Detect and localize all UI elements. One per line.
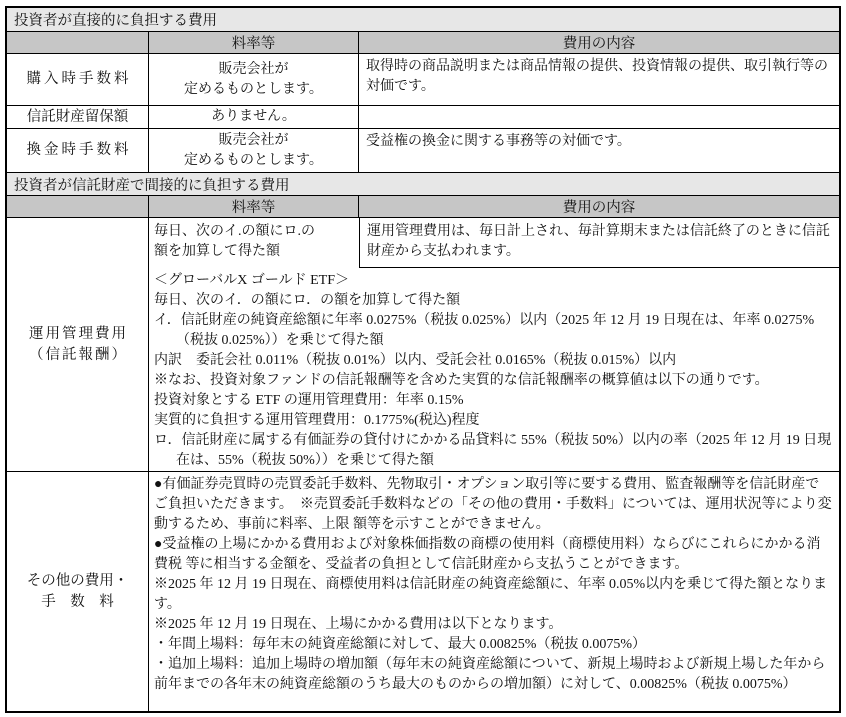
rate-line: 毎日、次のイ.の額にロ.の: [154, 222, 355, 242]
rate-line: 額を加算して得た額: [154, 242, 355, 262]
detail-line: ●受益権の上場にかかる費用および対象株価指数の商標の使用料（商標使用料）ならびに…: [154, 535, 832, 575]
rate-line: 定めるものとします。: [184, 151, 323, 171]
detail-line: ※2025 年 12 月 19 日現在、商標使用料は信託財産の純資産総額に、年率…: [154, 575, 832, 615]
other-fees-details: ●有価証券売買時の売買委託手数料、先物取引・オプション取引等に要する費用、監査報…: [149, 472, 839, 711]
section2-title-band: 投資者が信託財産で間接的に負担する費用: [7, 173, 839, 196]
detail-line: ＜グローバルX ゴールド ETF＞: [154, 271, 832, 291]
rate-line: 定めるものとします。: [184, 80, 323, 100]
detail-line: ※なお、投資対象ファンドの信託報酬等を含めた実質的な信託報酬率の概算値は以下の通…: [154, 371, 832, 391]
management-fee-rate-cell: 毎日、次のイ.の額にロ.の 額を加算して得た額: [149, 218, 359, 268]
rate-line: 販売会社が: [219, 60, 289, 80]
detail-line: ロ．信託財産に属する有価証券の貸付けにかかる品貸料に 55%（税抜 50%）以内…: [154, 431, 832, 471]
redemption-fee-desc-cell: 受益権の換金に関する事務等の対価です。: [359, 129, 839, 172]
retention-amount-row: 信託財産留保額 ありません。: [7, 106, 839, 129]
management-fee-content: 毎日、次のイ.の額にロ.の 額を加算して得た額 運用管理費用は、毎日計上され、毎…: [149, 218, 839, 471]
rate-line: 販売会社が: [219, 131, 289, 151]
retention-amount-rate-cell: ありません。: [149, 106, 359, 128]
retention-amount-label: 信託財産留保額: [7, 106, 149, 128]
management-fee-label: 運用管理費用 （信託報酬）: [7, 218, 149, 471]
section1-title: 投資者が直接的に負担する費用: [14, 9, 217, 30]
purchase-fee-rate-cell: 販売会社が 定めるものとします。: [149, 54, 359, 105]
purchase-fee-desc-cell: 取得時の商品説明または商品情報の提供、投資情報の提供、取引執行等の対価です。: [359, 54, 839, 105]
section1-column-header-row: 料率等 費用の内容: [7, 32, 839, 54]
detail-line: 内訳 委託会社 0.011%（税抜 0.01%）以内、受託会社 0.0165%（…: [154, 351, 832, 371]
section1-title-band: 投資者が直接的に負担する費用: [7, 8, 839, 32]
detail-line: ●有価証券売買時の売買委託手数料、先物取引・オプション取引等に要する費用、監査報…: [154, 475, 832, 535]
management-fee-details: ＜グローバルX ゴールド ETF＞ 毎日、次のイ．の額にロ．の額を加算して得た額…: [149, 268, 839, 471]
redemption-fee-row: 換金時手数料 販売会社が 定めるものとします。 受益権の換金に関する事務等の対価…: [7, 129, 839, 173]
other-fees-row: その他の費用・ 手 数 料 ●有価証券売買時の売買委託手数料、先物取引・オプショ…: [7, 472, 839, 711]
detail-line: ・年間上場料：毎年末の純資産総額に対して、最大 0.00825%（税抜 0.00…: [154, 635, 832, 655]
detail-line: イ．信託財産の純資産総額に年率 0.0275%（税抜 0.025%）以内（202…: [154, 311, 832, 351]
detail-line: ・追加上場料：追加上場時の増加額（毎年末の純資産総額について、新規上場時および新…: [154, 655, 832, 695]
purchase-fee-row: 購入時手数料 販売会社が 定めるものとします。 取得時の商品説明または商品情報の…: [7, 54, 839, 106]
detail-line: 投資対象とする ETF の運用管理費用：年率 0.15%: [154, 391, 832, 411]
section2-column-header-row: 料率等 費用の内容: [7, 196, 839, 218]
fee-table: 投資者が直接的に負担する費用 料率等 費用の内容 購入時手数料 販売会社が 定め…: [5, 6, 841, 713]
detail-line: ※2025 年 12 月 19 日現在、上場にかかる費用は以下となります。: [154, 615, 832, 635]
management-fee-label-line1: 運用管理費用: [27, 324, 128, 345]
other-fees-label-line1: その他の費用・: [27, 571, 129, 592]
redemption-fee-label: 換金時手数料: [7, 129, 149, 172]
section1-header-blank-cell: [7, 32, 149, 53]
management-fee-label-line2: （信託報酬）: [27, 345, 128, 366]
retention-amount-desc-cell: [359, 106, 839, 128]
section1-header-desc: 費用の内容: [359, 32, 839, 53]
section2-header-desc: 費用の内容: [359, 196, 839, 217]
rate-line: ありません。: [211, 107, 296, 127]
other-fees-label-line2: 手 数 料: [41, 592, 114, 613]
section2-header-blank-cell: [7, 196, 149, 217]
detail-line: 毎日、次のイ．の額にロ．の額を加算して得た額: [154, 291, 832, 311]
fee-document-page: 投資者が直接的に負担する費用 料率等 費用の内容 購入時手数料 販売会社が 定め…: [0, 0, 846, 717]
management-fee-top: 毎日、次のイ.の額にロ.の 額を加算して得た額 運用管理費用は、毎日計上され、毎…: [149, 218, 839, 268]
management-fee-timing-box: 運用管理費用は、毎日計上され、毎計算期末または信託終了のときに信託財産から支払わ…: [359, 218, 839, 268]
section2-title: 投資者が信託財産で間接的に負担する費用: [14, 174, 290, 195]
section2-header-rate: 料率等: [149, 196, 359, 217]
purchase-fee-label: 購入時手数料: [7, 54, 149, 105]
other-fees-label: その他の費用・ 手 数 料: [7, 472, 149, 711]
management-fee-row: 運用管理費用 （信託報酬） 毎日、次のイ.の額にロ.の 額を加算して得た額 運用…: [7, 218, 839, 472]
section1-header-rate: 料率等: [149, 32, 359, 53]
detail-line: 実質的に負担する運用管理費用：0.1775%(税込)程度: [154, 411, 832, 431]
redemption-fee-rate-cell: 販売会社が 定めるものとします。: [149, 129, 359, 172]
